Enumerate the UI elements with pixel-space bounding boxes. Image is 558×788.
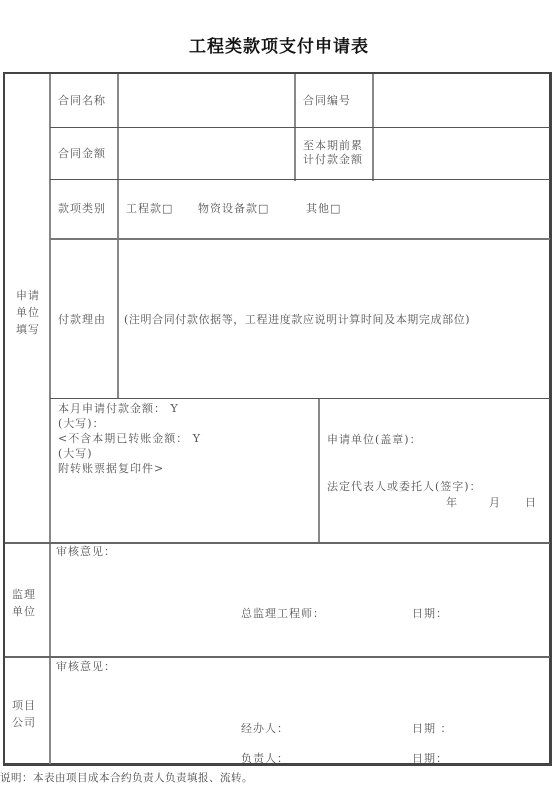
contract-amount-label: 合同金额 [58, 147, 106, 161]
cumulative-payment-field[interactable] [378, 131, 546, 177]
page-title: 工程类款项支付申请表 [0, 32, 558, 57]
divider [50, 127, 550, 128]
payment-amount-block[interactable]: 本月申请付款金额： Y (大写)： <不含本期已转账金额： Y (大写) 附转账… [58, 401, 201, 476]
divider [5, 656, 550, 658]
divider [50, 179, 550, 180]
divider [49, 74, 51, 764]
divider [50, 238, 550, 240]
contract-no-label: 合同编号 [303, 94, 351, 108]
contract-no-field[interactable] [378, 78, 546, 124]
checkbox-materials-equipment[interactable]: 物资设备款□ [198, 202, 269, 216]
payment-reason-field[interactable]: (注明合同付款依据等，工程进度款应说明计算时间及本期完成部位) [124, 313, 470, 327]
date-day: 日 [525, 496, 537, 510]
contract-amount-field[interactable] [122, 131, 290, 177]
chief-engineer-label: 总监理工程师： [241, 607, 325, 621]
company-opinion-label: 审核意见： [56, 660, 116, 674]
handler-date-label: 日期 ： [412, 722, 453, 736]
checkbox-engineering[interactable]: 工程款□ [126, 202, 173, 216]
payment-reason-label: 付款理由 [58, 313, 106, 327]
responsible-date-label: 日期： [412, 752, 448, 766]
divider [5, 542, 550, 544]
divider [117, 74, 119, 398]
date-month: 月 [489, 496, 501, 510]
responsible-label: 负责人： [241, 752, 289, 766]
contract-name-field[interactable] [122, 78, 290, 124]
divider [50, 398, 550, 399]
date-year: 年 [446, 496, 458, 510]
supervisor-opinion-label: 审核意见： [56, 545, 116, 559]
supervisor-date-label: 日期： [412, 607, 448, 621]
legal-rep-signature-label: 法定代表人或委托人(签字)： [327, 480, 482, 494]
handler-label: 经办人： [241, 722, 289, 736]
footnote: 说明：本表由项目成本合约负责人负责填报、流转。 [0, 770, 253, 785]
category-label: 款项类别 [58, 202, 106, 216]
section-label-project-company: 项目 公司 [12, 697, 36, 731]
divider [318, 398, 320, 543]
contract-name-label: 合同名称 [58, 94, 106, 108]
section-label-applicant: 申请 单位 填写 [16, 287, 40, 338]
checkbox-other[interactable]: 其他□ [306, 202, 341, 216]
section-label-supervisor: 监理 单位 [12, 586, 36, 620]
applicant-seal-label: 申请单位(盖章)： [327, 433, 422, 447]
cumulative-payment-label: 至本期前累 计付款金额 [303, 139, 363, 167]
